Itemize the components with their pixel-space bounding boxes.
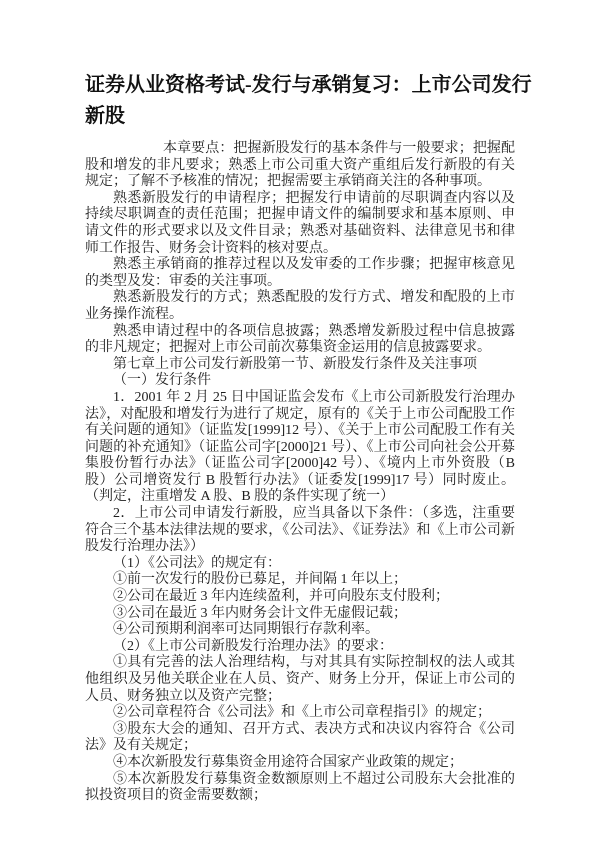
- paragraph: ③股东大会的通知、召开方式、表决方式和决议内容符合《公司法》及有关规定；: [85, 722, 515, 755]
- paragraph: ①具有完善的法人治理结构，与对其具有实际控制权的法人或其他组织及另他关联企业在人…: [85, 655, 515, 705]
- paragraph: 熟悉新股发行的申请程序；把握发行申请前的尽职调查内容以及持续尽职调查的责任范围；…: [85, 191, 515, 257]
- paragraph: （一）发行条件: [85, 373, 515, 390]
- paragraph: ⑤本次新股发行募集资金数额原则上不超过公司股东大会批准的拟投资项目的资金需要数额…: [85, 772, 515, 805]
- paragraph: ④本次新股发行募集资金用途符合国家产业政策的规定；: [85, 755, 515, 772]
- paragraph: ①前一次发行的股份已募足，并间隔 1 年以上；: [85, 572, 515, 589]
- paragraph: （1）《公司法》的规定有：: [85, 556, 515, 573]
- paragraph: 1．2001 年 2 月 25 日中国证监会发布《上市公司新股发行治理办法》，对…: [85, 390, 515, 506]
- paragraph: 第七章上市公司发行新股第一节、新股发行条件及关注事项: [85, 357, 515, 374]
- paragraph: （2）《上市公司新股发行治理办法》的要求：: [85, 639, 515, 656]
- paragraph: 熟悉申请过程中的各项信息披露；熟悉增发新股过程中信息披露的非凡规定；把握对上市公…: [85, 324, 515, 357]
- paragraph: 本章要点：把握新股发行的基本条件与一般要求；把握配股和增发的非凡要求；熟悉上市公…: [85, 141, 515, 191]
- document-page: 证券从业资格考试-发行与承销复习：上市公司发行新股 本章要点：把握新股发行的基本…: [0, 0, 600, 850]
- document-title: 证券从业资格考试-发行与承销复习：上市公司发行新股: [85, 70, 537, 132]
- paragraph: ④公司预期利润率可达同期银行存款利率。: [85, 622, 515, 639]
- paragraph: ②公司在最近 3 年内连续盈利，并可向股东支付股利；: [85, 589, 515, 606]
- paragraph: 熟悉新股发行的方式；熟悉配股的发行方式、增发和配股的上市业务操作流程。: [85, 290, 515, 323]
- paragraph: ③公司在最近 3 年内财务会计文件无虚假记载；: [85, 606, 515, 623]
- paragraph: 2．上市公司申请发行新股，应当具备以下条件：（多选，注重要符合三个基本法律法规的…: [85, 506, 515, 556]
- paragraph: 熟悉主承销商的推荐过程以及发审委的工作步骤；把握审核意见的类型及发：审委的关注事…: [85, 257, 515, 290]
- paragraph: ②公司章程符合《公司法》和《上市公司章程指引》的规定；: [85, 705, 515, 722]
- document-body: 本章要点：把握新股发行的基本条件与一般要求；把握配股和增发的非凡要求；熟悉上市公…: [85, 141, 515, 805]
